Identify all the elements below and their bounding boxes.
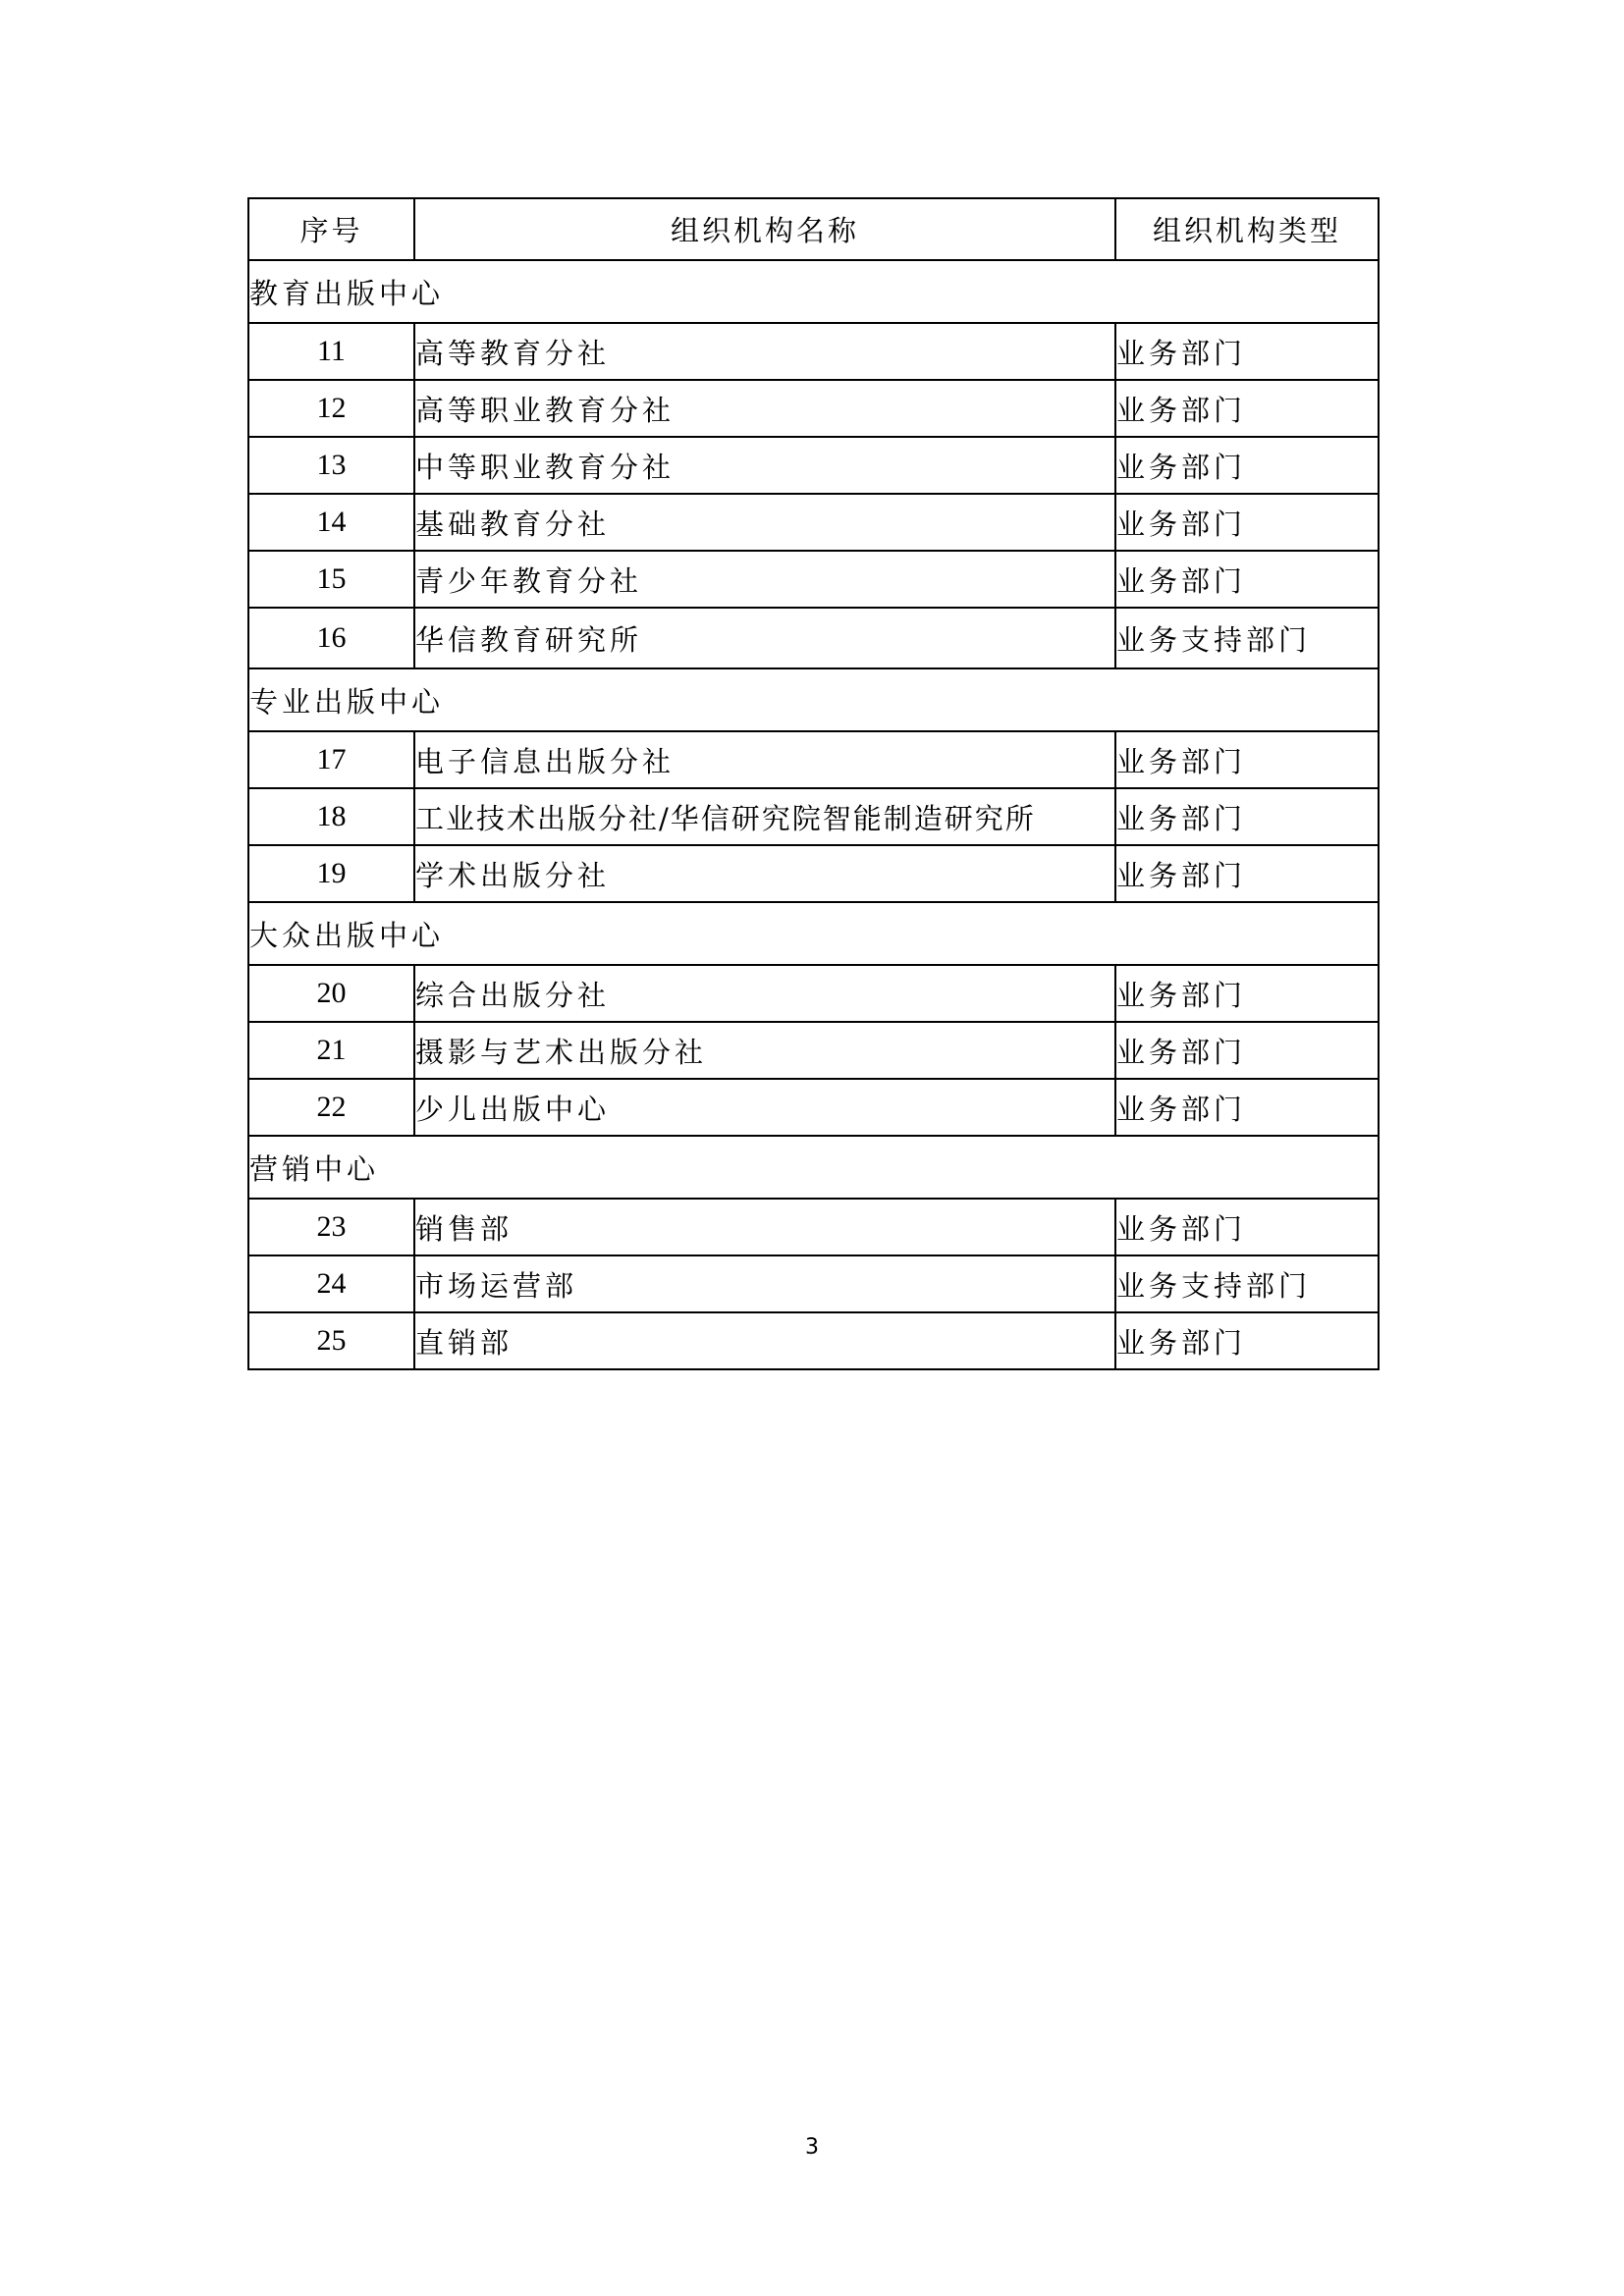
org-type: 业务部门 bbox=[1115, 1199, 1379, 1255]
org-name: 摄影与艺术出版分社 bbox=[414, 1022, 1115, 1079]
org-type: 业务部门 bbox=[1115, 788, 1379, 845]
org-name: 市场运营部 bbox=[414, 1255, 1115, 1312]
serial-number: 23 bbox=[248, 1199, 414, 1255]
section-title: 教育出版中心 bbox=[248, 260, 1379, 323]
org-name: 高等职业教育分社 bbox=[414, 380, 1115, 437]
serial-number: 20 bbox=[248, 965, 414, 1022]
org-type: 业务部门 bbox=[1115, 1079, 1379, 1136]
document-page: 序号 组织机构名称 组织机构类型 教育出版中心 11 高等教育分社 业务部门 1… bbox=[0, 0, 1624, 2296]
org-type: 业务支持部门 bbox=[1115, 1255, 1379, 1312]
section-row: 大众出版中心 bbox=[248, 902, 1379, 965]
serial-number: 17 bbox=[248, 731, 414, 788]
org-name: 青少年教育分社 bbox=[414, 551, 1115, 608]
org-type: 业务部门 bbox=[1115, 1022, 1379, 1079]
table-row: 17 电子信息出版分社 业务部门 bbox=[248, 731, 1379, 788]
table-row: 20 综合出版分社 业务部门 bbox=[248, 965, 1379, 1022]
page-number: 3 bbox=[0, 2135, 1624, 2160]
org-type: 业务部门 bbox=[1115, 437, 1379, 494]
table-row: 25 直销部 业务部门 bbox=[248, 1312, 1379, 1369]
table-row: 12 高等职业教育分社 业务部门 bbox=[248, 380, 1379, 437]
section-title: 营销中心 bbox=[248, 1136, 1379, 1199]
org-type: 业务部门 bbox=[1115, 731, 1379, 788]
table-row: 16 华信教育研究所 业务支持部门 bbox=[248, 608, 1379, 668]
table-row: 15 青少年教育分社 业务部门 bbox=[248, 551, 1379, 608]
header-org-type: 组织机构类型 bbox=[1115, 198, 1379, 260]
organization-table: 序号 组织机构名称 组织机构类型 教育出版中心 11 高等教育分社 业务部门 1… bbox=[247, 197, 1380, 1370]
org-type: 业务部门 bbox=[1115, 1312, 1379, 1369]
section-title: 专业出版中心 bbox=[248, 668, 1379, 731]
serial-number: 14 bbox=[248, 494, 414, 551]
serial-number: 16 bbox=[248, 608, 414, 668]
org-name: 华信教育研究所 bbox=[414, 608, 1115, 668]
table-header-row: 序号 组织机构名称 组织机构类型 bbox=[248, 198, 1379, 260]
section-row: 教育出版中心 bbox=[248, 260, 1379, 323]
table-row: 19 学术出版分社 业务部门 bbox=[248, 845, 1379, 902]
serial-number: 18 bbox=[248, 788, 414, 845]
table-row: 21 摄影与艺术出版分社 业务部门 bbox=[248, 1022, 1379, 1079]
org-type: 业务部门 bbox=[1115, 494, 1379, 551]
org-type: 业务部门 bbox=[1115, 965, 1379, 1022]
org-name: 基础教育分社 bbox=[414, 494, 1115, 551]
table-row: 18 工业技术出版分社/华信研究院智能制造研究所 业务部门 bbox=[248, 788, 1379, 845]
serial-number: 24 bbox=[248, 1255, 414, 1312]
table-row: 13 中等职业教育分社 业务部门 bbox=[248, 437, 1379, 494]
serial-number: 22 bbox=[248, 1079, 414, 1136]
table-row: 11 高等教育分社 业务部门 bbox=[248, 323, 1379, 380]
org-type: 业务支持部门 bbox=[1115, 608, 1379, 668]
table-row: 14 基础教育分社 业务部门 bbox=[248, 494, 1379, 551]
org-name: 学术出版分社 bbox=[414, 845, 1115, 902]
header-serial-number: 序号 bbox=[248, 198, 414, 260]
org-name: 少儿出版中心 bbox=[414, 1079, 1115, 1136]
section-title: 大众出版中心 bbox=[248, 902, 1379, 965]
org-name: 销售部 bbox=[414, 1199, 1115, 1255]
table-row: 23 销售部 业务部门 bbox=[248, 1199, 1379, 1255]
org-type: 业务部门 bbox=[1115, 551, 1379, 608]
org-name: 工业技术出版分社/华信研究院智能制造研究所 bbox=[414, 788, 1115, 845]
org-type: 业务部门 bbox=[1115, 380, 1379, 437]
org-name: 电子信息出版分社 bbox=[414, 731, 1115, 788]
serial-number: 13 bbox=[248, 437, 414, 494]
org-name: 中等职业教育分社 bbox=[414, 437, 1115, 494]
table-row: 24 市场运营部 业务支持部门 bbox=[248, 1255, 1379, 1312]
serial-number: 12 bbox=[248, 380, 414, 437]
section-row: 专业出版中心 bbox=[248, 668, 1379, 731]
serial-number: 25 bbox=[248, 1312, 414, 1369]
org-name: 高等教育分社 bbox=[414, 323, 1115, 380]
header-org-name: 组织机构名称 bbox=[414, 198, 1115, 260]
table-row: 22 少儿出版中心 业务部门 bbox=[248, 1079, 1379, 1136]
serial-number: 21 bbox=[248, 1022, 414, 1079]
serial-number: 19 bbox=[248, 845, 414, 902]
serial-number: 11 bbox=[248, 323, 414, 380]
org-name: 直销部 bbox=[414, 1312, 1115, 1369]
org-name: 综合出版分社 bbox=[414, 965, 1115, 1022]
org-type: 业务部门 bbox=[1115, 845, 1379, 902]
section-row: 营销中心 bbox=[248, 1136, 1379, 1199]
serial-number: 15 bbox=[248, 551, 414, 608]
org-type: 业务部门 bbox=[1115, 323, 1379, 380]
